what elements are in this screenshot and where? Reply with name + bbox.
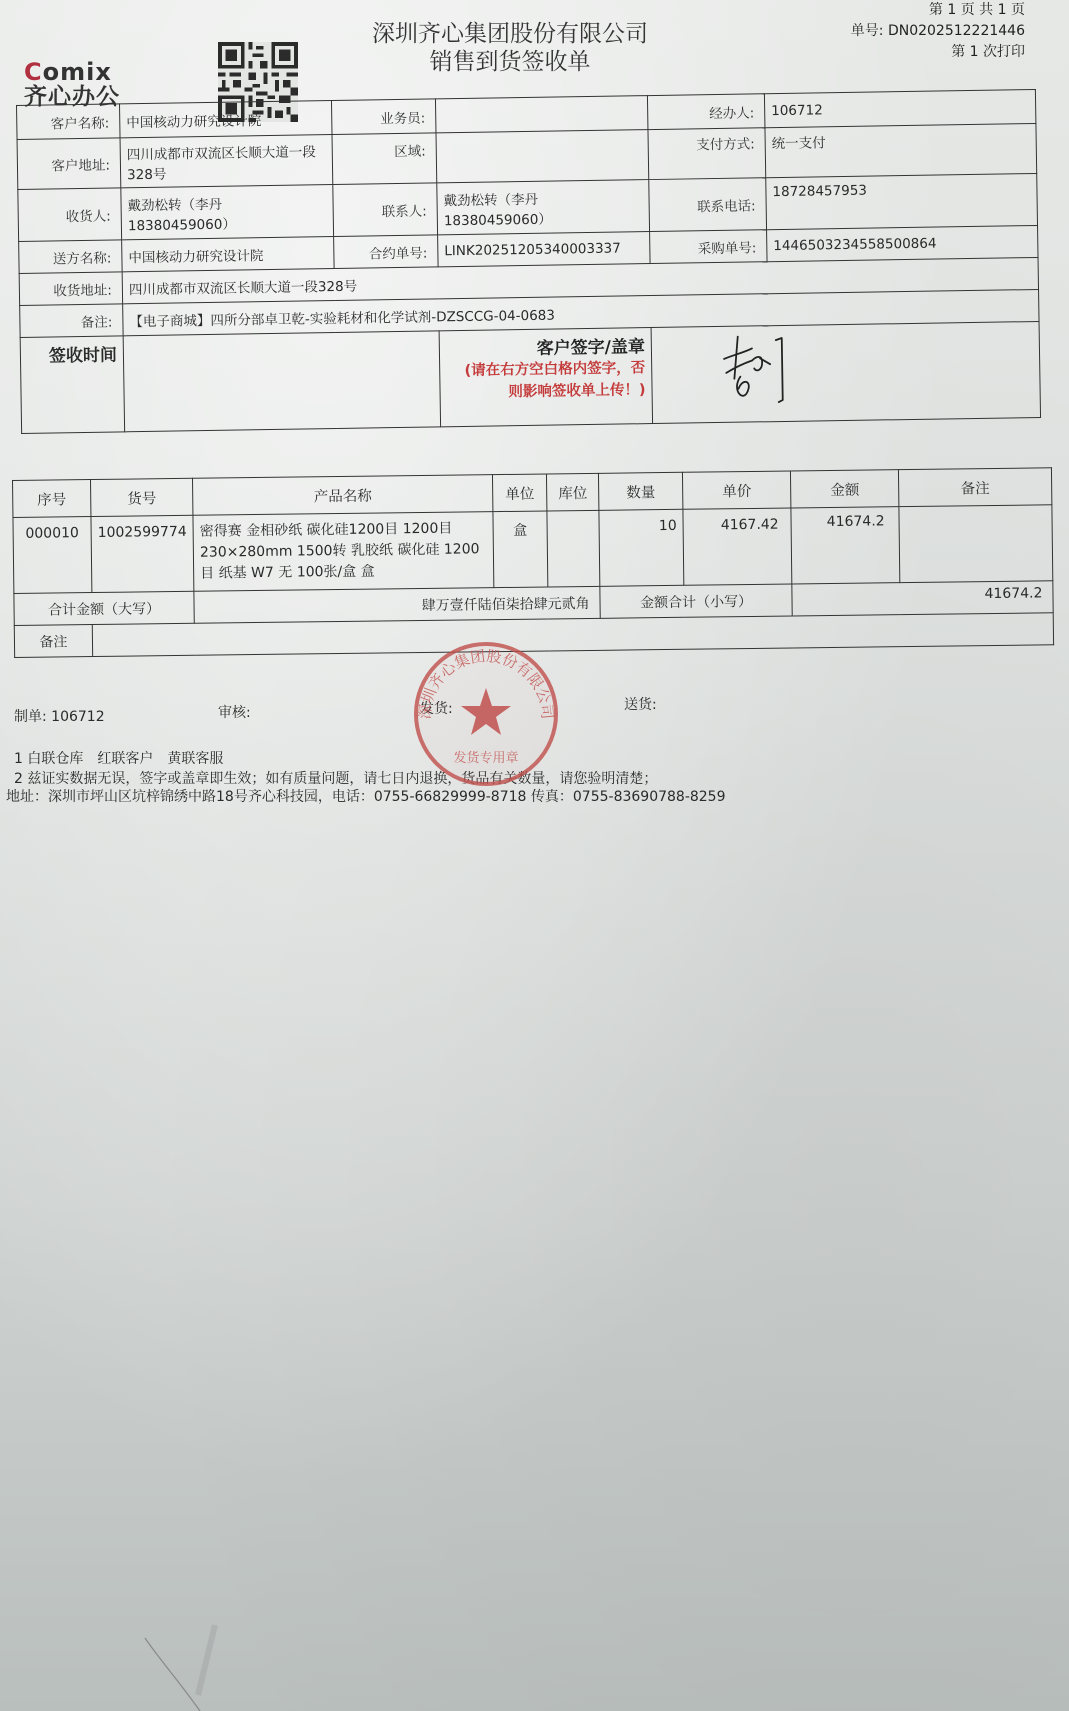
customer-info-table: 客户名称: 中国核动力研究设计院 业务员: 经办人: 106712 客户地址: … [16, 89, 1041, 434]
row-qty: 10 [599, 509, 684, 586]
document-title-block: 深圳齐心集团股份有限公司 销售到货签收单 [340, 20, 680, 76]
logo-brand-rest: omix [43, 58, 112, 86]
phone-label: 联系电话: [649, 178, 767, 232]
page-info: 第 1 页 共 1 页 [851, 0, 1025, 21]
total-lower-value: 41674.2 [792, 581, 1053, 616]
contract-no: LINK20251205340003337 [438, 232, 650, 267]
region [436, 130, 649, 183]
comix-logo: Comix 齐心办公 [24, 60, 120, 110]
handwritten-signature-icon [722, 332, 803, 409]
col-header-qty: 数量 [599, 472, 683, 510]
phone: 18728457953 [766, 173, 1038, 229]
row-amount: 41674.2 [791, 507, 900, 584]
customer-address-label: 客户地址: [17, 138, 121, 190]
signature-heading: 客户签字/盖章 [446, 332, 645, 360]
payment: 统一支付 [765, 123, 1037, 177]
remark-label: 备注: [20, 304, 123, 338]
delivery-receipt-page: Comix 齐心办公 深圳齐心集团股份有限公司 销售到货签收单 第 1 页 共 … [0, 0, 1069, 1711]
row-unit-price: 4167.42 [683, 508, 792, 585]
company-address-line: 地址：深圳市坪山区坑梓锦绣中路18号齐心科技园，电话：0755-66829999… [6, 786, 726, 806]
total-upper-value: 肆万壹仟陆佰柒拾肆元贰角 [194, 586, 600, 623]
seal-bottom-text: 发货专用章 [453, 750, 518, 766]
customer-name: 中国核动力研究设计院 [119, 101, 332, 138]
order-number-label: 单号: [851, 23, 884, 39]
print-count: 第 1 次打印 [851, 42, 1025, 63]
sign-time-label: 签收时间 [20, 336, 124, 434]
maker-line: 制单: 106712 [14, 706, 105, 726]
maker-label: 制单: [14, 709, 47, 725]
signature-row: 签收时间 客户签字/盖章 (请在右方空白格内签字，否 则影响签收单上传！) [20, 321, 1040, 433]
salesperson-label: 业务员: [331, 99, 436, 135]
contact-label: 联系人: [333, 183, 438, 237]
col-header-product: 产品名称 [193, 475, 493, 516]
total-lower-label: 金额合计（小写） [600, 584, 792, 618]
row-product-name: 密得赛 金相砂纸 碳化硅1200目 1200目 230×280mm 1500转 … [193, 512, 494, 592]
contract-no-label: 合约单号: [334, 235, 438, 269]
deliver-label: 送货: [624, 697, 657, 713]
signature-box[interactable] [651, 321, 1040, 423]
review-label: 审核: [218, 705, 251, 721]
terms-note: 2 兹证实数据无误，签字或盖章即生效；如有质量问题，请七日内退换，货品有关数量，… [14, 768, 657, 788]
sign-time-field[interactable] [123, 331, 440, 432]
ship-to-name-label: 送方名称: [19, 240, 122, 274]
signature-prompt: 客户签字/盖章 (请在右方空白格内签字，否 则影响签收单上传！) [439, 328, 652, 427]
logo-brand-first-letter: C [24, 58, 43, 86]
table-row: 000010 1002599774 密得赛 金相砂纸 碳化硅1200目 1200… [13, 505, 1053, 594]
salesperson [435, 96, 648, 133]
company-name: 深圳齐心集团股份有限公司 [340, 20, 680, 48]
region-label: 区域: [332, 133, 437, 185]
purchase-no: 1446503234558500864 [767, 225, 1038, 261]
copies-note: 1 白联仓库 红联客户 黄联客服 [14, 748, 223, 768]
row-sku: 1002599774 [91, 515, 194, 592]
receiver: 戴劲松转（李丹 18380459060） [121, 185, 334, 240]
col-header-seq: 序号 [13, 480, 91, 518]
payment-label: 支付方式: [648, 128, 766, 180]
signature-note-2: 则影响签收单上传！) [446, 379, 645, 404]
document-meta: 第 1 页 共 1 页 单号: DN0202512221446 第 1 次打印 [851, 0, 1025, 63]
order-number-line: 单号: DN0202512221446 [851, 21, 1025, 42]
row-location [547, 510, 600, 587]
review-line: 审核: [218, 702, 251, 722]
col-header-unit-price: 单价 [683, 471, 791, 509]
signature-note-1: (请在右方空白格内签字，否 [446, 357, 645, 382]
col-header-sku: 货号 [91, 478, 194, 516]
paper-crease-mark [120, 1620, 240, 1711]
col-header-note: 备注 [899, 468, 1052, 507]
contact: 戴劲松转（李丹 18380459060） [437, 180, 650, 235]
col-header-amount: 金额 [791, 470, 899, 508]
ship-to-name: 中国核动力研究设计院 [122, 237, 334, 272]
order-number: DN0202512221446 [888, 23, 1025, 39]
logo-brand-text: Comix [24, 60, 120, 84]
deliver-line: 送货: [624, 694, 657, 714]
row-unit: 盒 [493, 511, 548, 588]
company-seal-star-icon: 深圳齐心集团股份有限公司 发货专用章 [412, 640, 560, 788]
document-title: 销售到货签收单 [340, 48, 680, 76]
total-upper-label: 合计金额（大写） [14, 591, 194, 625]
maker: 106712 [51, 709, 104, 725]
row-note [899, 505, 1053, 583]
col-header-location: 库位 [547, 473, 599, 511]
row-seq: 000010 [13, 517, 92, 594]
items-table: 序号 货号 产品名称 单位 库位 数量 单价 金额 备注 000010 1002… [12, 467, 1054, 658]
customer-name-label: 客户名称: [17, 104, 121, 140]
receiver-label: 收货人: [18, 188, 122, 242]
customer-address: 四川成都市双流区长顺大道一段328号 [120, 135, 333, 188]
col-header-unit: 单位 [493, 474, 547, 512]
purchase-no-label: 采购单号: [650, 230, 767, 264]
items-remark-label: 备注 [14, 625, 92, 658]
delivery-address-label: 收货地址: [19, 272, 122, 306]
handler-label: 经办人: [647, 94, 765, 130]
handler: 106712 [764, 89, 1036, 127]
